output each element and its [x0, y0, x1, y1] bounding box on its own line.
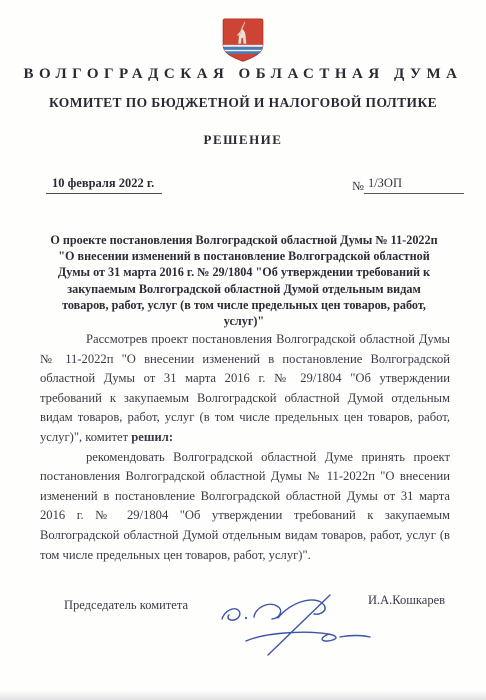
- volgograd-coat-of-arms-icon: [222, 17, 264, 68]
- document-number-value: 1/ЗОП: [364, 176, 464, 194]
- signature-row: Председатель комитета И.А.Кошкарев: [0, 585, 486, 665]
- committee-name: КОМИТЕТ ПО БЮДЖЕТНОЙ И НАЛОГОВОЙ ПОЛТИКЕ: [0, 95, 486, 111]
- paragraph-1-resolved-word: решил:: [131, 430, 173, 444]
- organization-name: ВОЛГОГРАДСКАЯ ОБЛАСТНАЯ ДУМА: [0, 66, 486, 83]
- document-page: ВОЛГОГРАДСКАЯ ОБЛАСТНАЯ ДУМА КОМИТЕТ ПО …: [0, 0, 486, 700]
- signer-position-label: Председатель комитета: [64, 598, 188, 613]
- body-paragraph-recommendation: рекомендовать Волгоградской областной Ду…: [40, 448, 450, 566]
- number-sign-label: №: [352, 179, 364, 194]
- body-paragraph-considered: Рассмотрев проект постановления Волгогра…: [40, 330, 450, 448]
- paragraph-1-text: Рассмотрев проект постановления Волгогра…: [40, 332, 450, 444]
- document-body: Рассмотрев проект постановления Волгогра…: [40, 330, 450, 565]
- signer-name: И.А.Кошкарев: [368, 593, 445, 608]
- handwritten-signature: [212, 585, 380, 663]
- date-and-number-row: 10 февраля 2022 г. №1/ЗОП: [0, 176, 486, 200]
- document-number: №1/ЗОП: [352, 176, 464, 194]
- document-title: О проекте постановления Волгоградской об…: [44, 232, 444, 329]
- scan-shadow-edge: [0, 690, 486, 700]
- document-date: 10 февраля 2022 г.: [46, 176, 162, 194]
- document-type-heading: РЕШЕНИЕ: [0, 132, 486, 148]
